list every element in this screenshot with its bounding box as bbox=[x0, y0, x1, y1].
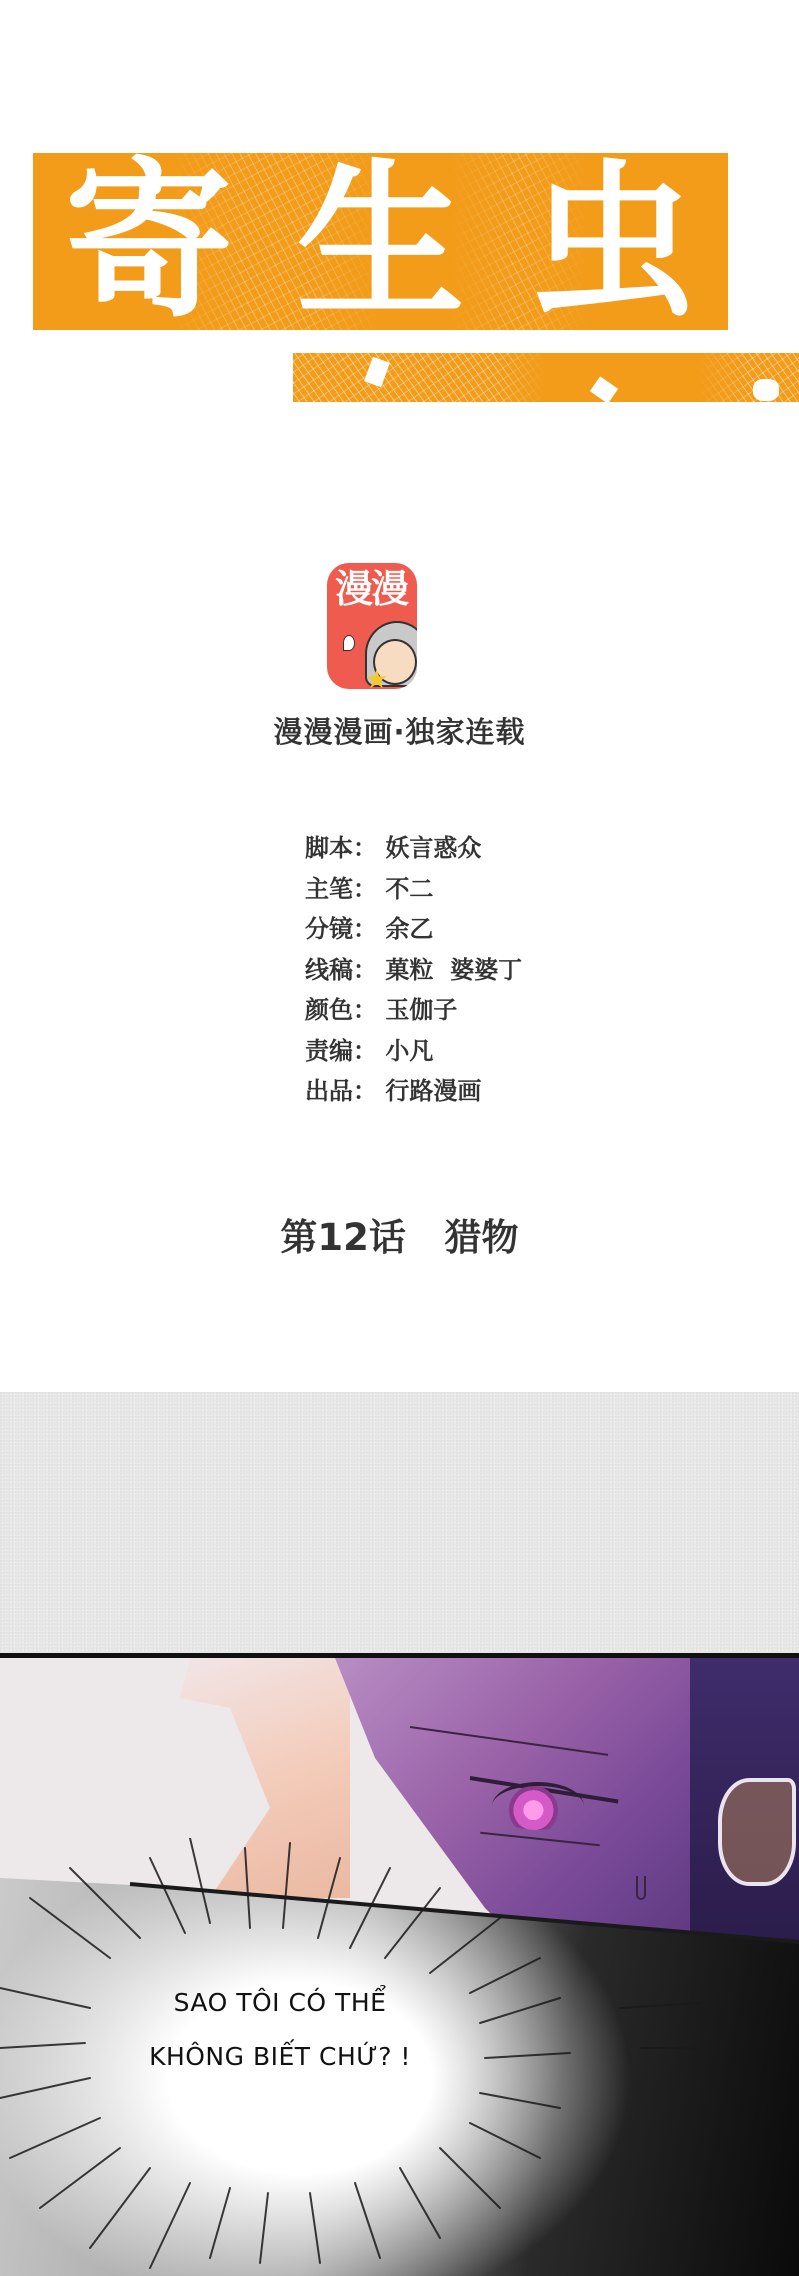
credit-row-lead-artist: 主笔： 不二 bbox=[305, 869, 522, 910]
speech-bubble-text: SAO TÔI CÓ THỂ KHÔNG BIẾT CHỨ? ! bbox=[0, 1976, 560, 2084]
credit-separator: ： bbox=[353, 909, 385, 950]
title-char-2: 生 bbox=[265, 153, 497, 330]
credit-name: 妖言惑众 bbox=[385, 828, 481, 869]
speech-line-1: SAO TÔI CÓ THỂ bbox=[0, 1976, 560, 2030]
credit-role: 出品 bbox=[305, 1071, 353, 1112]
credit-separator: ： bbox=[353, 990, 385, 1031]
credit-separator: ： bbox=[353, 828, 385, 869]
credit-row-script: 脚本： 妖言惑众 bbox=[305, 828, 522, 869]
credit-name: 菓粒 婆婆丁 bbox=[385, 950, 522, 991]
character-eye bbox=[492, 1782, 584, 1830]
panel-grey-texture bbox=[0, 1392, 799, 1654]
comic-title-logo: 寄 生 虫 bbox=[33, 153, 728, 330]
credit-row-producer: 出品： 行路漫画 bbox=[305, 1071, 522, 1112]
credit-name: 余乙 bbox=[385, 909, 433, 950]
credit-separator: ： bbox=[353, 950, 385, 991]
credit-role: 主笔 bbox=[305, 869, 353, 910]
title-char-1: 寄 bbox=[33, 153, 265, 330]
credit-role: 线稿 bbox=[305, 950, 353, 991]
credit-role: 颜色 bbox=[305, 990, 353, 1031]
credit-separator: ： bbox=[353, 1031, 385, 1072]
credit-row-color: 颜色： 玉伽子 bbox=[305, 990, 522, 1031]
credit-role: 责编 bbox=[305, 1031, 353, 1072]
credit-separator: ： bbox=[353, 1071, 385, 1112]
speech-line-2: KHÔNG BIẾT CHỨ? ! bbox=[0, 2030, 560, 2084]
credit-row-lineart: 线稿： 菓粒 婆婆丁 bbox=[305, 950, 522, 991]
credit-separator: ： bbox=[353, 869, 385, 910]
sweat-drop-icon bbox=[343, 635, 355, 651]
title-char-3: 虫 bbox=[496, 153, 728, 330]
credit-name: 行路漫画 bbox=[385, 1071, 481, 1112]
credit-role: 脚本 bbox=[305, 828, 353, 869]
panel-closeup-eye: SAO TÔI CÓ THỂ KHÔNG BIẾT CHỨ? ! bbox=[0, 1658, 799, 2276]
credits-list: 脚本： 妖言惑众 主笔： 不二 分镜： 余乙 线稿： 菓粒 婆婆丁 颜色： 玉伽… bbox=[305, 828, 522, 1112]
credit-name: 小凡 bbox=[385, 1031, 433, 1072]
credit-name: 不二 bbox=[385, 869, 433, 910]
stripe-notch bbox=[753, 379, 779, 401]
credit-row-editor: 责编： 小凡 bbox=[305, 1031, 522, 1072]
publisher-tagline: 漫漫漫画·独家连载 bbox=[0, 710, 799, 751]
chapter-title: 第12话 猎物 bbox=[0, 1207, 799, 1261]
publisher-app-icon: 漫漫 ★ bbox=[327, 563, 417, 689]
credit-name: 玉伽子 bbox=[385, 990, 457, 1031]
credit-role: 分镜 bbox=[305, 909, 353, 950]
title-characters: 寄 生 虫 bbox=[33, 153, 728, 330]
star-icon: ★ bbox=[365, 667, 388, 689]
credit-row-storyboard: 分镜： 余乙 bbox=[305, 909, 522, 950]
logo-text: 漫漫 bbox=[335, 569, 407, 609]
title-underline-stripe bbox=[293, 353, 799, 402]
